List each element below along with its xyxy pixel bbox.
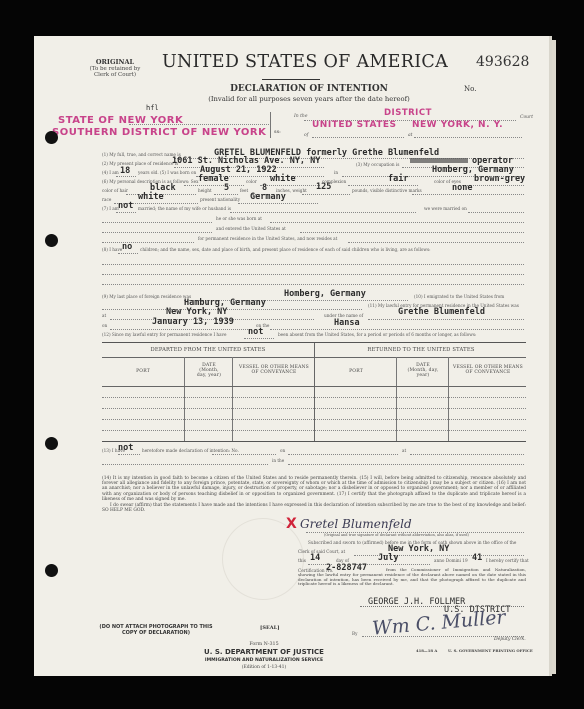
absent-value: not <box>248 327 263 337</box>
marks-line <box>412 194 524 195</box>
feet-label: feet <box>240 188 248 193</box>
clerk-initials: hfl <box>146 104 159 112</box>
absence-table: DEPARTED FROM THE UNITED STATES RETURNED… <box>102 342 526 442</box>
entry-at-label: at <box>102 313 106 318</box>
table-row-3 <box>102 419 526 420</box>
entry-date-value: January 13, 1939 <box>152 317 234 327</box>
prior-state-line <box>102 464 268 465</box>
q9-label: (9) My last place of foreign residence w… <box>102 294 191 299</box>
table-row-2 <box>102 408 526 409</box>
married-value: not <box>118 201 133 211</box>
children-line-1 <box>102 264 524 265</box>
no-label: No. <box>464 85 476 93</box>
original-label-block: ORIGINAL (To be retained by Clerk of Cou… <box>80 58 150 78</box>
entry-name-value: Grethe Blumenfeld <box>398 307 485 317</box>
seal-label: [SEAL] <box>260 625 280 631</box>
col-header-vessel-departed: VESSEL OR OTHER MEANS OF CONVEYANCE <box>236 365 312 375</box>
married-on-line <box>468 212 524 213</box>
age-suffix: years old. <box>138 170 159 175</box>
in-label: in <box>334 170 338 175</box>
anno-label: anno Domini 19 <box>434 558 468 563</box>
q7c-line <box>102 232 212 233</box>
absent-line <box>244 338 274 339</box>
document-title: UNITED STATES OF AMERICA <box>160 52 450 72</box>
q12-label: (12) Since my lawful entry for permanent… <box>102 332 226 337</box>
q7d-line <box>102 242 194 243</box>
table-row-rule-0 <box>102 386 526 387</box>
venue-line <box>129 124 269 125</box>
color-label: color <box>246 179 257 184</box>
col-divider-2 <box>232 357 233 441</box>
q8-label: (8) I have <box>102 247 122 252</box>
court-name-stamp: UNITED STATES <box>312 120 397 130</box>
height-feet-line <box>214 194 238 195</box>
entry-on-label: on <box>102 323 107 328</box>
col-header-vessel-returned: VESSEL OR OTHER MEANS OF CONVEYANCE <box>450 365 526 375</box>
children-value: no <box>122 242 132 252</box>
perm-res-label: for permanent residence in the United St… <box>198 236 337 241</box>
spouse-line <box>230 212 416 213</box>
returned-header: RETURNED TO THE UNITED STATES <box>316 348 526 353</box>
entry-port-value: New York, NY <box>166 307 227 317</box>
prior-line <box>118 454 140 455</box>
children-line <box>118 253 138 254</box>
children-line-3 <box>102 284 524 285</box>
hair-label: color of hair <box>102 188 128 193</box>
original-label: ORIGINAL <box>80 58 150 66</box>
validity-note: (Invalid for all purposes seven years af… <box>164 95 454 103</box>
table-row-4 <box>102 430 526 431</box>
q5-label: (5) I was born on <box>160 170 196 175</box>
q7-rest: married; the name of my wife or husband … <box>138 206 231 211</box>
col-divider-4 <box>396 357 397 441</box>
col-header-date-departed: DATE (Month, day, year) <box>194 363 224 378</box>
prior-on-line <box>288 454 398 455</box>
signature-caption: (Original and true signature of declaran… <box>324 533 469 537</box>
service-label: IMMIGRATION AND NATURALIZATION SERVICE <box>164 658 364 663</box>
declaration-document: ORIGINAL (To be retained by Clerk of Cou… <box>34 36 552 676</box>
complexion-value: fair <box>388 174 408 184</box>
height-label: height <box>198 188 212 193</box>
at-label: at <box>408 133 413 138</box>
document-subtitle: DECLARATION OF INTENTION <box>199 84 419 94</box>
nationality-value: Germany <box>250 192 286 202</box>
prior-in-the-label: in the <box>272 458 284 463</box>
court-label: Court <box>520 115 533 120</box>
col-header-port-departed: PORT <box>102 369 184 374</box>
entered-line <box>300 232 524 233</box>
marks-value: none <box>452 183 472 193</box>
vessel-line <box>270 329 524 330</box>
page-edge-shadow <box>552 40 556 674</box>
q7b-line <box>102 222 212 223</box>
prior-no-line <box>212 454 276 455</box>
height-feet-value: 5 <box>224 183 229 193</box>
retained-note-2: Clerk of Court) <box>80 72 150 78</box>
entered-label: and entered the United States at <box>216 226 286 231</box>
entry-name-line <box>368 319 524 320</box>
photo-note-line-2: COPY OF DECLARATION) <box>86 630 226 636</box>
edition-label: (Edition of 1-13-41) <box>164 665 364 670</box>
declarant-signature: Gretel Blumenfeld <box>300 517 412 531</box>
weight-line <box>302 194 350 195</box>
entry-date-line <box>110 329 250 330</box>
col-divider-1 <box>184 357 185 441</box>
prior-at-line <box>410 454 524 455</box>
q10-label: (10) I emigrated to the United States fr… <box>414 294 504 299</box>
eyes-value: brown-grey <box>474 174 525 184</box>
race-label: race <box>102 197 111 202</box>
weight-value: 125 <box>316 182 331 192</box>
binder-hole-2 <box>45 234 58 247</box>
nationality-line <box>238 203 318 204</box>
signature-mark-x: X <box>286 516 297 532</box>
photo-note: (DO NOT ATTACH PHOTOGRAPH TO THIS COPY O… <box>86 624 226 636</box>
deputy-signature: Wm C. Muller <box>371 606 506 640</box>
sex-line <box>184 185 244 186</box>
col-header-date-returned: DATE (Month, day, year) <box>406 363 440 378</box>
form-serial-number: 493628 <box>476 54 529 70</box>
born-at-label: he or she was born at <box>216 216 262 221</box>
form-id: Form N-315 <box>194 642 334 647</box>
color-value: white <box>270 174 296 184</box>
emigrated-line <box>102 309 362 310</box>
prior-on-label: on <box>280 448 285 453</box>
col-divider-5 <box>448 357 449 441</box>
binder-hole-4 <box>45 564 58 577</box>
col-header-port-returned: PORT <box>316 369 396 374</box>
resides-line <box>348 242 524 243</box>
ss-label: ss: <box>274 129 281 135</box>
in-the-label: In the <box>294 114 307 119</box>
clerk-at-label: Clerk of said Court, at <box>298 549 345 554</box>
born-at-line <box>270 222 524 223</box>
q13-rest: heretofore made declaration of intention… <box>142 448 239 453</box>
court-location-stamp: NEW YORK, N. Y. <box>412 120 503 130</box>
prior-value: not <box>118 443 133 453</box>
title-rule <box>262 79 320 80</box>
q4-label: (4) I am <box>102 170 119 175</box>
prior-at-label: at <box>402 448 406 453</box>
oath-paragraph: (14) It is my intention in good faith to… <box>102 476 526 502</box>
q7-label: (7) I am <box>102 206 119 211</box>
printing-office: U. S. GOVERNMENT PRINTING OFFICE <box>448 648 533 653</box>
children-line-2 <box>102 274 524 275</box>
month-value: July <box>378 553 398 563</box>
day-value: 14 <box>310 553 320 563</box>
departed-header: DEPARTED FROM THE UNITED STATES <box>102 348 314 353</box>
nationality-label: present nationality <box>200 197 240 202</box>
marks-label: pounds, visible distinctive marks <box>352 188 422 193</box>
q1-label: (1) My full, true, and correct name is <box>102 152 181 157</box>
oath-swear: I do swear (affirm) that the statements … <box>102 503 526 513</box>
table-header-rule <box>102 357 526 358</box>
binder-hole-3 <box>45 437 58 450</box>
prior-court-line <box>288 464 524 465</box>
department-label: U. S. DEPARTMENT OF JUSTICE <box>164 648 364 656</box>
of-label: of <box>304 133 308 138</box>
table-row-1 <box>102 397 526 398</box>
of-line <box>312 137 404 138</box>
year-value: 41 <box>472 553 482 563</box>
at-line <box>414 137 522 138</box>
certify-label: I hereby certify that <box>486 558 529 563</box>
vessel-value: Hansa <box>334 318 360 328</box>
strikeout-mark <box>410 158 468 163</box>
age-value: 18 <box>120 166 130 176</box>
cert-text: from the Commissioner of Immigration and… <box>298 568 526 587</box>
district-stamp: SOUTHERN DISTRICT OF NEW YORK <box>52 127 266 138</box>
this-label: this <box>298 558 306 563</box>
married-line <box>116 212 136 213</box>
last-foreign-residence-value: Homberg, Germany <box>284 289 366 299</box>
age-line <box>116 176 136 177</box>
q3-label: (3) My occupation is <box>356 162 399 167</box>
deputy-clerk-label: Deputy Clerk. <box>494 637 526 642</box>
month-line <box>356 564 430 565</box>
print-code: 418—18 A <box>416 648 437 653</box>
married-on-label: we were married on <box>424 206 467 211</box>
race-value: white <box>138 192 164 202</box>
binder-hole-1 <box>45 131 58 144</box>
q2-label: (2) My present place of residence is <box>102 161 178 166</box>
q12-rest: been absent from the United States, for … <box>278 332 476 337</box>
color-line <box>260 185 320 186</box>
venue-divider <box>270 112 271 138</box>
q8-rest: children; and the name, sex, date and pl… <box>140 247 530 252</box>
complexion-line <box>348 185 418 186</box>
court-type-stamp: DISTRICT <box>384 108 432 118</box>
by-label: By <box>352 631 357 636</box>
